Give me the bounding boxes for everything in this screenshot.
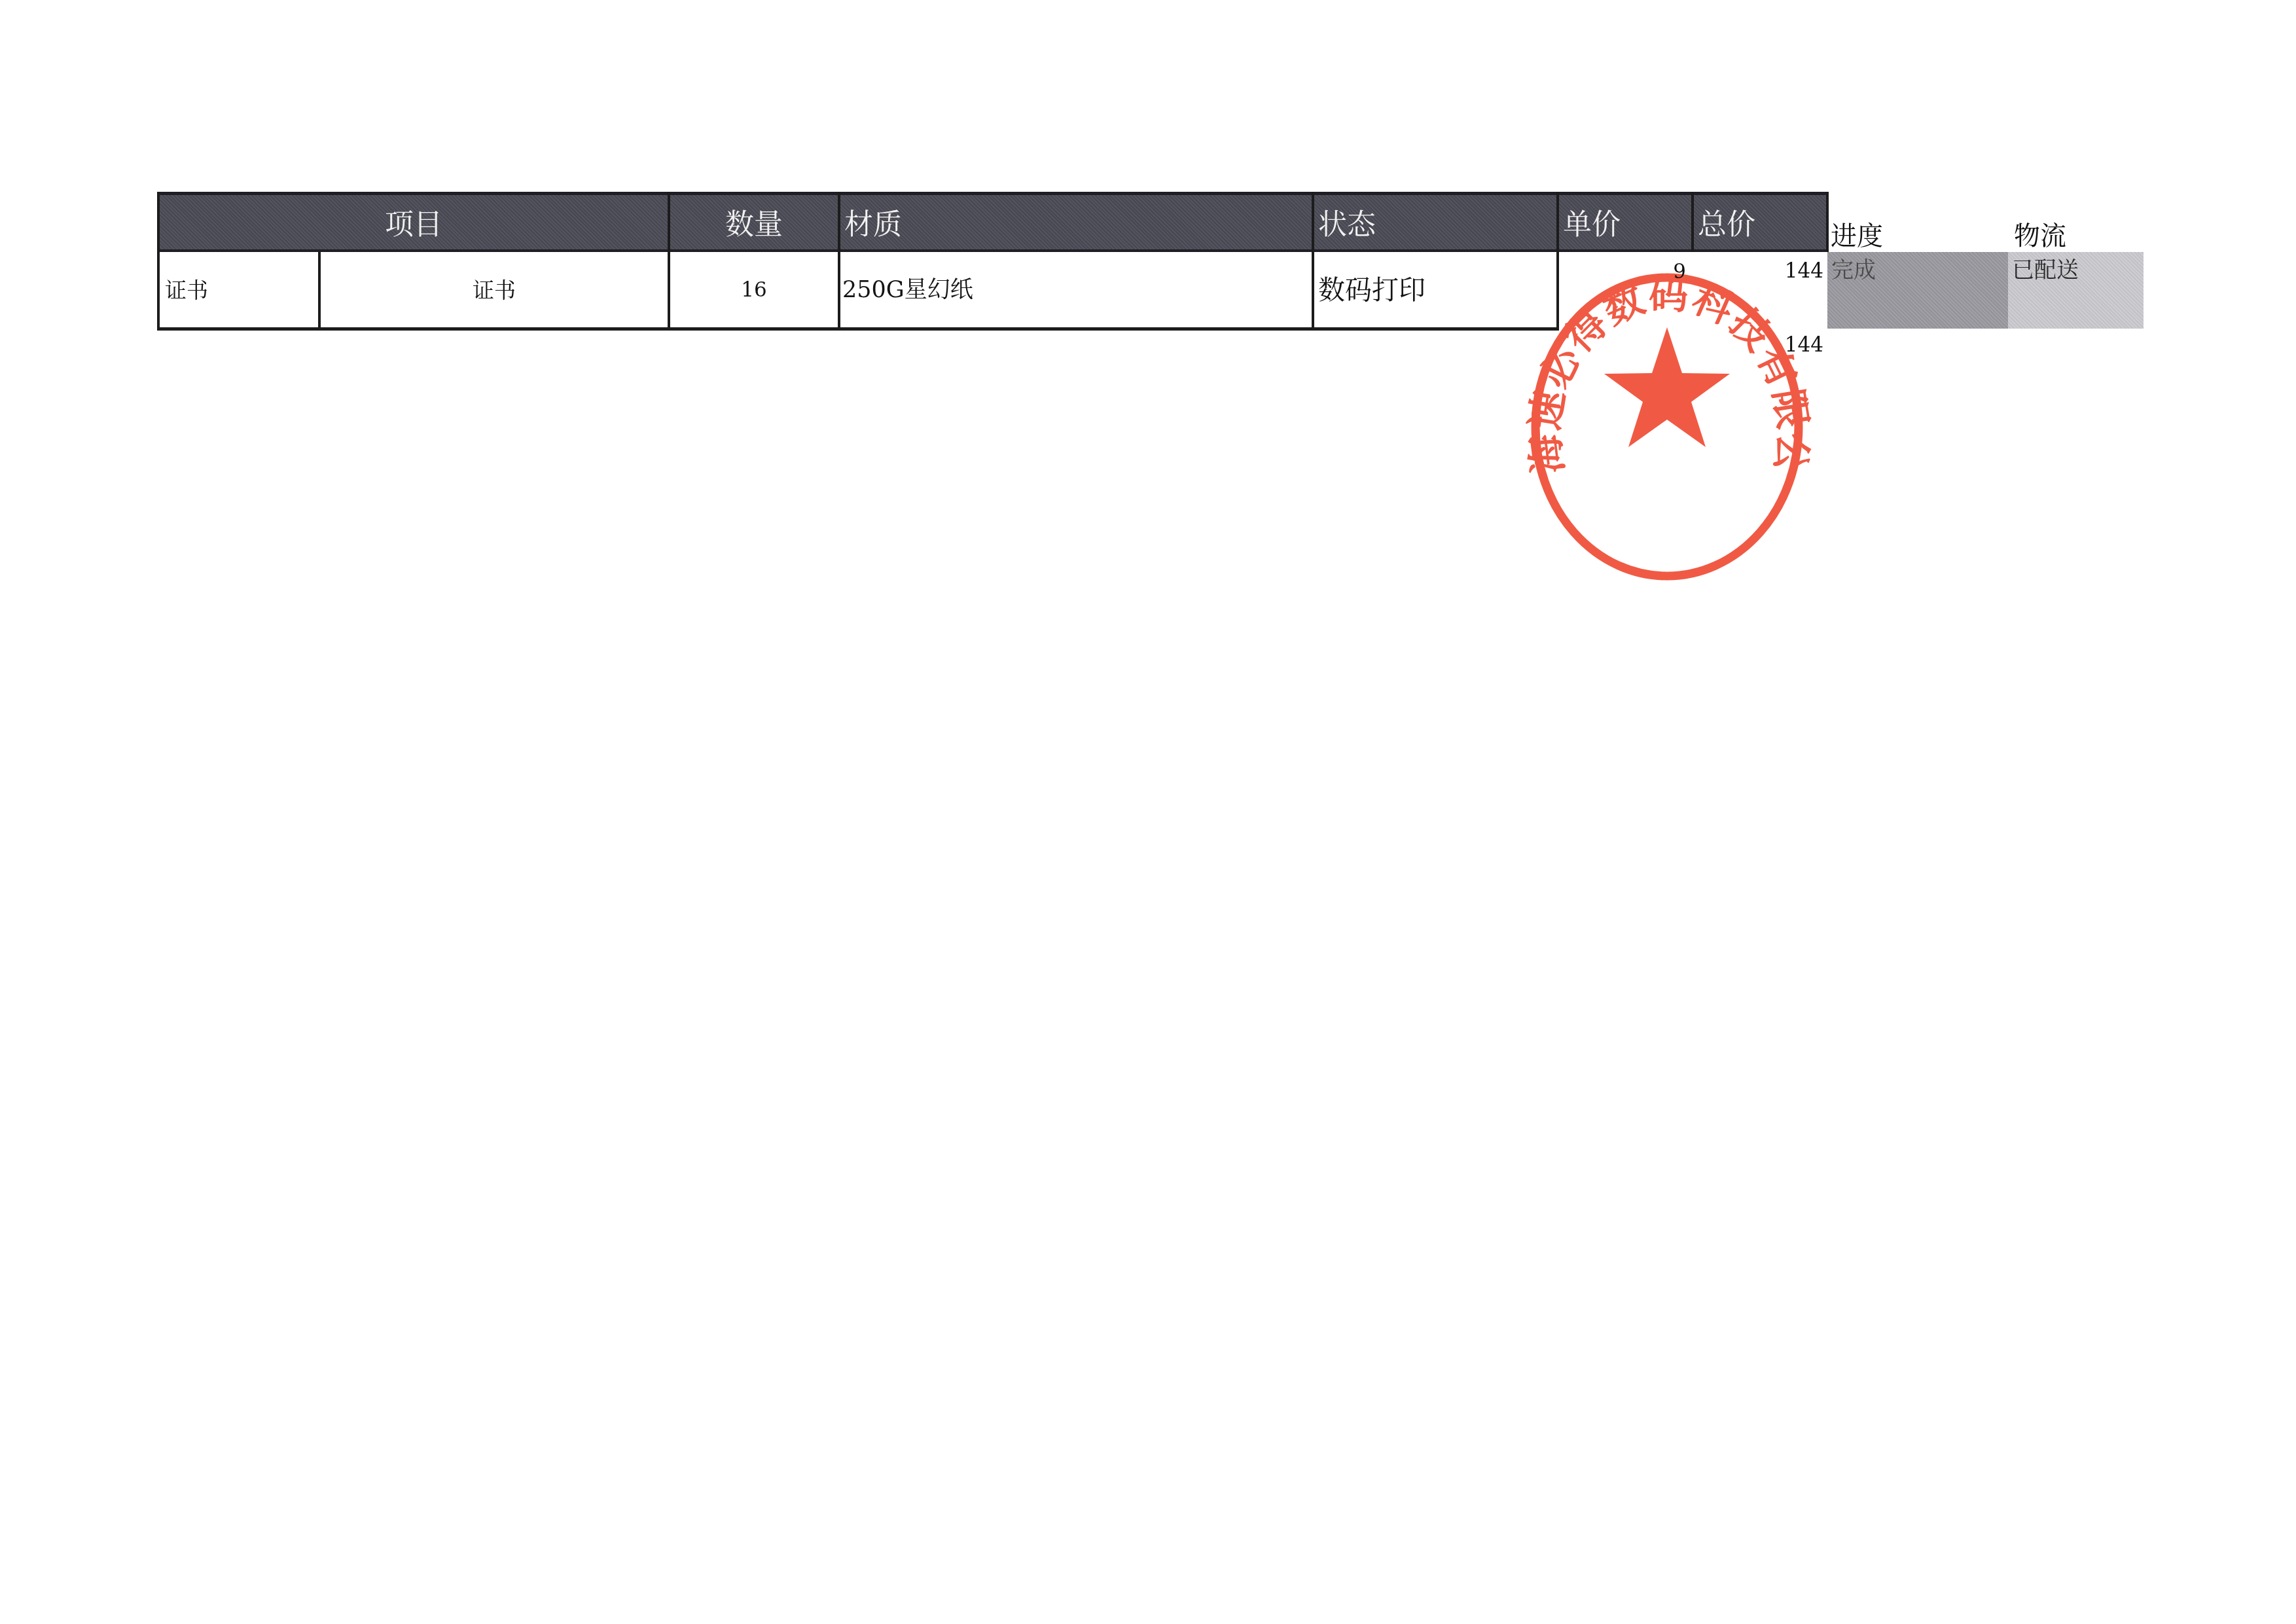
cell-unit-price: 9 [1564,261,1686,283]
cell-category: 证书 [162,252,318,329]
header-total-price: 总价 [1693,192,1828,252]
row-divider [318,252,321,329]
header-unit-price: 单价 [1558,192,1693,252]
cell-item: 证书 [321,252,668,329]
progress-value: 完成 [1831,257,1876,283]
header-divider [668,192,670,252]
header-divider [838,192,840,252]
row-divider [838,252,840,329]
header-quantity: 数量 [669,192,839,252]
header-divider [1556,192,1559,252]
row-divider [1556,252,1559,329]
logistics-value: 已配送 [2012,257,2079,283]
logistics-status: 已配送 [2008,252,2144,329]
header-divider [1691,192,1694,252]
header-material: 材质 [839,192,1313,252]
seal-text: 上海速必得数码科技有限公司 [1525,265,1813,477]
company-seal: 上海速必得数码科技有限公司 [1525,265,1813,592]
grand-total: 144 [1699,334,1823,356]
progress-label: 进度 [1831,221,1883,252]
cell-material: 250G星幻纸 [841,252,1311,329]
svg-text:上海速必得数码科技有限公司: 上海速必得数码科技有限公司 [1525,265,1813,477]
cell-quantity: 16 [670,252,838,329]
header-status: 状态 [1313,192,1558,252]
table-border-left [157,192,160,331]
cell-total-price: 144 [1699,260,1823,282]
progress-status: 完成 [1827,252,2008,329]
header-item: 项目 [158,192,669,252]
table-border-right [1826,192,1829,252]
header-divider [1312,192,1314,252]
logistics-label: 物流 [2014,221,2066,252]
table-border-bottom [157,327,1559,331]
row-divider [668,252,670,329]
row-divider [1312,252,1314,329]
cell-status: 数码打印 [1316,252,1556,329]
